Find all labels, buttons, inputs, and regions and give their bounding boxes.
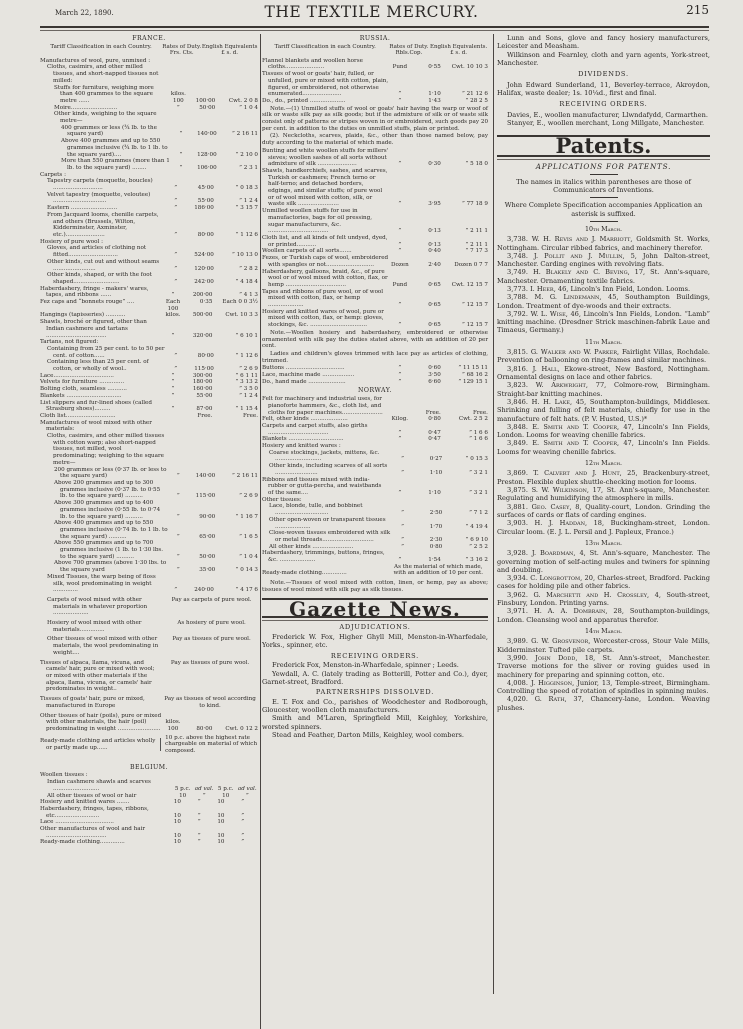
row-pay-as: As hosiery of pure wool. <box>165 620 258 627</box>
table-row: From Jacquard looms, chenille carpets, a… <box>40 212 258 239</box>
russia-note-3: Note.—Woollen hosiery and haberdashery, … <box>262 330 488 350</box>
table-row: Eastern ..........................”186·0… <box>40 205 258 212</box>
row-description-cell: All other kinds ....................... <box>262 544 392 551</box>
table-row: Other manufactures of wool and hair ....… <box>40 826 258 839</box>
row-description: Lace.................................. <box>40 373 162 380</box>
table-row: Close-woven tissues embroidered with sil… <box>262 530 488 543</box>
table-row: Unmilled woollen stuffs for use in manuf… <box>262 208 488 235</box>
row-description: Other open-woven or transparent tissues … <box>269 517 392 530</box>
row-english: Free. <box>443 410 488 417</box>
patent-entry: 3,823. W. Arkwright, 77, Colmore-row, Bi… <box>497 381 710 398</box>
row-description: Haberdashery, fringe - makers' wares, ta… <box>40 286 162 299</box>
table-row: Cloth list............................Fr… <box>40 413 258 420</box>
table-row: Cloths, casimirs, and other milled tissu… <box>40 433 258 467</box>
row-rate: 80·00 <box>186 232 216 239</box>
row-english: ” 21 12 6 <box>443 91 488 98</box>
table-row: Other kinds, weighing to the square metr… <box>40 111 258 124</box>
row-description-cell: Lace ................................. <box>40 819 166 826</box>
russia-note-4: Ladies and children's gloves trimmed wit… <box>262 351 488 364</box>
row-unit: ” <box>392 537 414 544</box>
row-value: 10 <box>210 813 232 820</box>
row-rate: 0·40 <box>411 248 443 255</box>
table-row: Above 200 grammes and up to 300 grammes … <box>40 480 258 500</box>
row-english: ” 3 15 7 <box>216 205 258 212</box>
row-description: From Jacquard looms, chenille carpets, a… <box>47 212 165 239</box>
row-description: Tissues of alpaca, llama, vicuna, and ca… <box>40 660 162 694</box>
row-unit: kilos. 100 <box>162 719 184 732</box>
row-description-cell: Containing less than 25 per cent. of cot… <box>40 359 165 372</box>
patent-applicants: G. Marchetti and H. Crossley, <box>533 591 649 599</box>
patent-number: 3,962. <box>507 591 533 599</box>
row-value: 10 <box>210 839 232 846</box>
right-column: Lunn and Sons, glove and fancy hosiery m… <box>497 34 710 712</box>
patent-entry: 3,849. E. Smith and T. Cooper, 47, Linco… <box>497 439 710 456</box>
patent-entry: 3,881. Geo. Casey, 8, Quality-court, Lon… <box>497 503 710 520</box>
patent-applicants: H. H. Lake, <box>532 398 572 406</box>
patent-number: 3,934. <box>507 574 530 582</box>
row-description-cell: Manufactures of wool mixed with other ma… <box>40 420 162 433</box>
row-english: ” 7 1 2 <box>444 510 488 517</box>
row-english: ” 2 11 1 <box>443 228 488 235</box>
table-row: Coarse stockings, jackets, mittens, &c. … <box>262 450 488 463</box>
row-description: Manufactures of wool, pure, unmixed : <box>40 58 162 65</box>
row-description: Containing less than 25 per cent. of cot… <box>47 359 165 372</box>
row-description: Other manufactures of wool and hair ....… <box>40 826 166 839</box>
table-row: Velvet tapestry (moquette, veloutee) ...… <box>40 192 258 205</box>
row-description: Haberdashery, trimmings, buttons, fringe… <box>262 550 389 563</box>
row-rate: 0·65 <box>411 322 443 329</box>
table-row: Blankets ...............................… <box>262 436 488 443</box>
row-english: ” 1 0 4 <box>217 554 258 561</box>
table-row: Hangings (tapisseries) ...........100 ki… <box>40 306 258 319</box>
row-description-cell: Coarse stockings, jackets, mittens, &c. … <box>262 450 392 463</box>
row-rate: 242·00 <box>186 279 216 286</box>
row-description: Above 200 grammes and up to 300 grammes … <box>54 480 168 500</box>
table-row: Hosiery of wool mixed with other materia… <box>40 620 258 633</box>
patent-applicants: J. Hall, <box>533 365 560 373</box>
table-row: Bolting cloth, seamless ...........”160·… <box>40 386 258 393</box>
table-row: List slippers and fur-lined shoes (calle… <box>40 400 258 413</box>
row-description-cell: Indian cashmere shawls and scarves .....… <box>40 779 172 792</box>
row-description: Stuffs for furniture, weighing more than… <box>54 85 168 105</box>
row-description-cell: Containing from 25 per cent. to to 50 pe… <box>40 346 165 359</box>
table-row: Hosiery and knitted wares of wool, pure … <box>262 309 488 329</box>
row-unit: ” <box>392 544 414 551</box>
row-unit: ” <box>389 557 412 564</box>
row-description-cell: Buttons ................................… <box>262 365 389 372</box>
row-description: Hosiery of wool mixed with other materia… <box>47 620 165 633</box>
row-description-cell: Carpets of wool mixed with other materia… <box>40 597 165 617</box>
patent-entry: 3,816. J. Hall, Ekowe-street, New Basfor… <box>497 365 710 382</box>
row-description-cell: Ribbons and tissues mixed with india-rub… <box>262 477 389 497</box>
patent-applicants: J. Pollit and J. Mullin, <box>534 252 625 260</box>
row-description-cell: Fezes, or Turkish caps of wool, embroide… <box>262 255 389 268</box>
row-english: ” 4 18 4 <box>216 279 258 286</box>
row-description-cell: Shawls, broché or figured, other than In… <box>40 319 162 339</box>
row-value: 10 <box>210 819 232 826</box>
table-row: Haberdashery, galloons, braid, &c., of p… <box>262 269 488 289</box>
patent-date-heading: 13th March. <box>497 540 710 548</box>
table-row: Felt, other kinds .....................K… <box>262 416 488 423</box>
row-description-cell: Manufactures of wool, pure, unmixed : <box>40 58 162 65</box>
row-description: Woollen carpets of all sorts....... <box>262 248 389 255</box>
row-description-cell: Tissues of alpaca, llama, vicuna, and ca… <box>40 660 162 694</box>
row-english: Dozen 0 7 7 <box>443 262 488 269</box>
partnership-entry: Stead and Feather, Darton Mills, Keighle… <box>262 731 488 739</box>
row-pay-as: Pay as carpets of pure wool. <box>165 597 258 604</box>
row-unit: ” <box>168 493 188 500</box>
page-number: 215 <box>686 3 709 17</box>
patent-number: 3,875. <box>507 486 532 494</box>
row-unit: ” <box>162 379 184 386</box>
patent-number: 3,903. <box>507 519 535 527</box>
row-description: More than 550 grammes (more than 1 lb. t… <box>61 158 171 171</box>
row-description: Velvets for furniture .............. <box>40 379 162 386</box>
row-english: ” 1 0 4 <box>217 105 258 112</box>
row-description: Tapestry carpets (moquette, boucles) ...… <box>47 178 165 191</box>
row-description-cell: Eastern .......................... <box>40 205 165 212</box>
row-description: Hosiery and knitted wares of wool, pure … <box>262 309 389 329</box>
row-unit: ” <box>171 131 191 138</box>
patents-intro: Where Complete Specification accompanies… <box>497 201 710 217</box>
patent-entry: 3,846. H. H. Lake, 45, Southampton-build… <box>497 398 710 423</box>
row-description-cell: Haberdashery, fringe - makers' wares, ta… <box>40 286 162 299</box>
row-english: ” 1 12 6 <box>216 353 258 360</box>
row-description-cell: Hosiery of wool mixed with other materia… <box>40 620 165 633</box>
row-description-cell: Other tissues of wool mixed with other m… <box>40 636 165 656</box>
row-english: ” 1 6 6 <box>443 436 488 443</box>
row-rate: 140·00 <box>189 473 218 480</box>
row-unit: ” <box>392 524 414 531</box>
france-pay-rows: Carpets of wool mixed with other materia… <box>40 597 258 710</box>
row-rate: 128·00 <box>191 152 219 159</box>
row-rate: Free. <box>411 410 443 417</box>
patent-entry: 3,749. H. Blakely and C. Beving, 17, St.… <box>497 268 710 285</box>
table-row: Manufactures of wool, pure, unmixed : <box>40 58 258 65</box>
header-english: English Equivalents £ s. d. <box>201 44 258 56</box>
row-description-cell: Above 700 grammes (above 1·30 lbs. to th… <box>40 560 168 573</box>
row-unit: ” <box>389 161 412 168</box>
row-english: Cwt. 12 15 7 <box>443 282 488 289</box>
row-description-cell: Velvets for furniture .............. <box>40 379 162 386</box>
row-rate: 0·80 <box>414 544 445 551</box>
row-unit: ” <box>389 98 412 105</box>
table-row: Lace, blonde, tulle, and bobbinet ......… <box>262 503 488 516</box>
header-classification: Tariff Classification in each Country. <box>262 44 389 56</box>
row-description-cell: Blankets ............................... <box>40 393 162 400</box>
row-description-cell: Hosiery and knitted wares : <box>262 443 389 450</box>
patent-applicants: E. Smith and T. Cooper, <box>532 423 619 431</box>
row-description: Tapes and ribbons of pure wool, or of wo… <box>262 289 389 309</box>
row-english: ” 12 15 7 <box>443 302 488 309</box>
patent-entry: 3,934. C. Longbottom, 20, Charles-street… <box>497 574 710 591</box>
belgium-table: Woollen tissues :Indian cashmere shawls … <box>40 772 258 846</box>
column-divider <box>493 34 494 994</box>
row-description: Above 400 grammes and up to 550 grammes … <box>54 520 168 540</box>
patent-entry: 3,748. J. Pollit and J. Mullin, 5, John … <box>497 252 710 269</box>
row-description-cell: Felt, other kinds ..................... <box>262 416 389 423</box>
row-description-cell: Cloth list, and all kinds of felt undyed… <box>262 235 389 248</box>
row-value: 10 <box>166 839 188 846</box>
table-row: Ready-made clothing and articles wholly … <box>40 735 258 755</box>
patent-number: 3,749. <box>507 268 533 276</box>
receiving-orders-heading: RECEIVING ORDERS. <box>262 653 488 660</box>
row-rate: 186·00 <box>186 205 216 212</box>
row-unit: ” <box>389 490 412 497</box>
row-description-cell: Ready-made clothing.............. <box>40 839 166 846</box>
row-description: Lace, machine made .................. <box>262 372 389 379</box>
belgium-title: BELGIUM. <box>40 765 258 772</box>
row-unit: Pund <box>389 282 412 289</box>
row-rate: 35·00 <box>189 567 218 574</box>
patent-applicants: H. J. Haddan, <box>535 519 588 527</box>
table-row: Haberdashery, fringe - makers' wares, ta… <box>40 286 258 299</box>
partnership-entry: Wilkinson and Fearnley, cloth and yarn a… <box>497 51 710 68</box>
row-description: Above 700 grammes (above 1·30 lbs. to th… <box>54 560 168 573</box>
row-description-cell: Above 400 grammes and up to 550 grammes … <box>40 520 168 540</box>
patent-number: 3,792. <box>507 310 531 318</box>
patent-entry: 3,903. H. J. Haddan, 18, Buckingham-stre… <box>497 519 710 536</box>
patent-entry: 3,990. John Dodd, 18, St. Ann's-street, … <box>497 654 710 679</box>
table-row: Tissues of alpaca, llama, vicuna, and ca… <box>40 660 258 694</box>
row-value: 10 <box>166 799 188 806</box>
patents-heading: Patents. <box>497 142 710 150</box>
table-row: Flannel blankets and woollen horse cloth… <box>262 58 488 71</box>
table-row: Ribbons and tissues mixed with india-rub… <box>262 477 488 497</box>
row-rate: 140·00 <box>191 131 219 138</box>
row-description-cell: Other kinds, shaped, or with the foot sh… <box>40 272 165 285</box>
table-row: Above 400 grammes and up to 550 grammes … <box>40 138 258 158</box>
row-unit: ” <box>165 279 186 286</box>
table-row: Bunting and white woollen stuffs for mil… <box>262 148 488 168</box>
receiving-order-entry: Stanyer, E., woollen merchant, Long Mill… <box>497 119 710 127</box>
newspaper-title: THE TEXTILE MERCURY. <box>0 3 743 21</box>
patent-applicants: H. Blakely and C. Beving, <box>533 268 630 276</box>
middle-column: RUSSIA. Tariff Classification in each Co… <box>262 34 488 739</box>
row-description: Gloves, and articles of clothing not fit… <box>47 245 165 258</box>
row-unit: ” <box>165 587 186 594</box>
row-description-cell: Do., do., printed .................... <box>262 98 389 105</box>
row-description-cell: All other tissues of wool or hair <box>40 793 172 800</box>
row-rate: 55·00 <box>186 198 216 205</box>
row-description-cell: Fez caps and “bonnets rouge” .... <box>40 299 162 306</box>
row-description-cell: Lace.................................. <box>40 373 162 380</box>
row-unit: ” <box>389 430 412 437</box>
russia-table-header: Tariff Classification in each Country. R… <box>262 44 488 56</box>
row-rate: 0·65 <box>411 302 443 309</box>
table-row: Lace .................................10… <box>40 819 258 826</box>
row-english: ” 2 5 2 <box>444 544 488 551</box>
row-description-cell: Haberdashery, fringes, tapes, ribbons, e… <box>40 806 166 819</box>
table-row: Lace..................................”3… <box>40 373 258 380</box>
row-rate: 87·00 <box>184 406 215 413</box>
adjudication-entry: Frederick W. Fox, Higher Ghyll Mill, Men… <box>262 633 488 650</box>
table-row: Velvets for furniture ..............”180… <box>40 379 258 386</box>
short-rule <box>590 197 618 198</box>
row-description: Felt for machinery and industrial uses, … <box>262 396 389 416</box>
row-rate: 115·00 <box>186 366 216 373</box>
row-description-cell: Cloths, casimirs, and other milled tissu… <box>40 433 165 467</box>
table-row: Tartans, not figured: <box>40 339 258 346</box>
header-rates: Rates of Duty. Frs. Cts. <box>162 44 201 56</box>
row-description: Shawls, handkerchiefs, sashes, and scarv… <box>262 168 389 208</box>
row-description: Tartans, not figured: <box>40 339 162 346</box>
patent-applicants: Geo. Casey, <box>532 503 572 511</box>
row-english: ” 77 18 9 <box>443 201 488 208</box>
russia-note-2: (2). Neckcloths, scarves, plaids, &c., o… <box>262 133 488 146</box>
patent-applicants: G. Rath, <box>535 695 567 703</box>
row-english: ” 2 11 1 <box>443 242 488 249</box>
patent-number: 4,020. <box>507 695 535 703</box>
table-row: Other tissues of hair (poils), pure or m… <box>40 713 258 733</box>
row-description: Woollen tissues : <box>40 772 166 779</box>
table-row: Carpets and carpet stuffs, also girths .… <box>262 423 488 436</box>
row-description: Haberdashery, fringes, tapes, ribbons, e… <box>40 806 166 819</box>
table-row: All other tissues of wool or hair10”10” <box>40 793 258 800</box>
row-value: 10 <box>210 799 232 806</box>
patent-applicants: W. L. Wise, <box>531 310 568 318</box>
row-description-cell: Hosiery and knitted wares of wool, pure … <box>262 309 389 329</box>
patent-number: 4,008. <box>507 679 531 687</box>
row-description: Eastern .......................... <box>47 205 165 212</box>
table-row: Woollen carpets of all sorts.......”0·40… <box>262 248 488 255</box>
adjudications-heading: ADJUDICATIONS. <box>262 624 488 631</box>
patent-number: 3,928. <box>507 549 532 557</box>
row-description-cell: Cloth list............................ <box>40 413 162 420</box>
row-english: ” 68 16 2 <box>443 372 488 379</box>
row-value: 10 <box>210 833 232 840</box>
patent-date-heading: 11th March. <box>497 339 710 347</box>
patent-applicants: J. Higginson, <box>531 679 574 687</box>
row-rate: 180·00 <box>184 379 215 386</box>
row-description: Other tissues of hair (poils), pure or m… <box>40 713 162 733</box>
patent-applicants: W. Arkwright, <box>536 381 588 389</box>
row-description-cell: Hosiery and knitted wares ....... <box>40 799 166 806</box>
patent-number: 3,990. <box>507 654 535 662</box>
row-description: List slippers and fur-lined shoes (calle… <box>40 400 162 413</box>
table-row: Moire..........................”50·00” 1… <box>40 105 258 112</box>
row-unit: ” <box>392 470 414 477</box>
row-description: Hosiery and knitted wares : <box>262 443 389 450</box>
row-description-cell: Bunting and white woollen stuffs for mil… <box>262 148 389 168</box>
row-value: 5 p.c. <box>172 786 194 793</box>
partnerships-heading: PARTNERSHIPS DISSOLVED. <box>262 689 488 696</box>
row-description: Ready-made clothing and articles wholly … <box>40 738 158 751</box>
row-description: Above 300 grammes and up to 400 grammes … <box>54 500 168 520</box>
row-pay-as: As the material of which made, with an a… <box>389 564 488 577</box>
france-table-header: Tariff Classification in each Country. R… <box>40 44 258 56</box>
patent-applicants: W. H. Revis and J. Marriott, <box>532 235 633 243</box>
receiving-order-entry: Yewdall, A. C. (lately trading as Botter… <box>262 670 488 687</box>
table-row: Containing less than 25 per cent. of cot… <box>40 359 258 372</box>
row-unit: ” <box>168 534 188 541</box>
row-unit: ” <box>162 373 184 380</box>
row-rate: 320·00 <box>184 333 215 340</box>
row-description: Tissues of wool or goats' hair, fulled, … <box>262 71 389 98</box>
row-english: ” 3 13 2 <box>214 379 258 386</box>
row-description-cell: Shawls, handkerchiefs, sashes, and scarv… <box>262 168 389 208</box>
row-english: ” 2 8 2 <box>216 266 258 273</box>
row-value: 5 p.c. <box>215 786 237 793</box>
row-description: Ready-made clothing.............. <box>262 570 389 577</box>
table-row: Indian cashmere shawls and scarves .....… <box>40 779 258 792</box>
row-rate: 0·13 <box>411 242 443 249</box>
row-description: Cloth list............................ <box>40 413 162 420</box>
row-rate: 3·95 <box>411 201 443 208</box>
row-description-cell: Above 200 grammes and up to 300 grammes … <box>40 480 168 500</box>
row-unit: ” <box>171 152 191 159</box>
row-description-cell: Gloves, and articles of clothing not fit… <box>40 245 165 258</box>
row-rate: 200·00 <box>184 292 215 299</box>
row-description: Blankets ............................... <box>40 393 162 400</box>
row-description-cell: Tapestry carpets (moquette, boucles) ...… <box>40 178 165 191</box>
table-row: Tapes and ribbons of pure wool, or of wo… <box>262 289 488 309</box>
row-description-cell: Other kinds, including scarves of all so… <box>262 463 392 476</box>
row-unit: ” <box>165 366 186 373</box>
row-rate: 2·50 <box>414 510 445 517</box>
row-description: Hosiery and knitted wares ....... <box>40 799 166 806</box>
row-description-cell: Flannel blankets and woollen horse cloth… <box>262 58 389 71</box>
row-english: ” 6 9 10 <box>444 537 488 544</box>
row-rate: 0·65 <box>411 282 443 289</box>
partnership-entry: E. T. Fox and Co., parishes of Woodchest… <box>262 698 488 715</box>
france-title: FRANCE. <box>40 36 258 43</box>
header-rates: Rates of Duty. Rbls.Cop. <box>389 44 430 56</box>
row-rate: 45·00 <box>186 185 216 192</box>
row-unit: ” <box>389 248 412 255</box>
patent-entry: 3,971. H. A. A. Dombrain, 28, Southampto… <box>497 607 710 624</box>
row-description-cell: Above 550 grammes and up to 700 grammes … <box>40 540 168 560</box>
row-description-cell: Unmilled woollen stuffs for use in manuf… <box>262 208 389 235</box>
row-description: Blankets ............................... <box>262 436 389 443</box>
row-unit: ” <box>389 91 412 98</box>
table-row: Lace, machine made ..................”3·… <box>262 372 488 379</box>
row-description: Ready-made clothing.............. <box>40 839 166 846</box>
row-unit: ” <box>168 473 188 480</box>
row-english: Cwt. 0 12 2 <box>214 726 258 733</box>
patent-entry: 3,989. G. W. Grosvenor, Worcester-cross,… <box>497 637 710 654</box>
patent-applicants: E. Smith and T. Cooper, <box>532 439 619 447</box>
row-unit: ad val. <box>193 786 215 793</box>
row-unit: ” <box>232 839 254 846</box>
table-row: Fezes, or Turkish caps of wool, embroide… <box>262 255 488 268</box>
row-rate: 2·30 <box>414 537 445 544</box>
row-unit: ” <box>165 185 186 192</box>
row-rate: 0·13 <box>411 228 443 235</box>
table-row: Hosiery and knitted wares : <box>262 443 488 450</box>
row-rate: 0·55 <box>411 64 443 71</box>
row-description: Containing from 25 per cent. to to 50 pe… <box>47 346 165 359</box>
row-rate: 50·00 <box>189 105 218 112</box>
row-description-cell: Blankets ............................... <box>262 436 389 443</box>
row-rate: 0·47 <box>411 430 443 437</box>
row-description: Manufactures of wool mixed with other ma… <box>40 420 162 433</box>
row-rate: 524·00 <box>186 252 216 259</box>
row-description: Close-woven tissues embroidered with sil… <box>269 530 392 543</box>
patent-applicants: G. W. Grosvenor, <box>531 637 590 645</box>
row-unit: ” <box>188 813 210 820</box>
header-rule <box>40 26 709 28</box>
row-description-cell: More than 550 grammes (more than 1 lb. t… <box>40 158 171 171</box>
patent-applicants: G. Walker and W. Parker, <box>531 348 619 356</box>
patent-date-heading: 14th March. <box>497 628 710 636</box>
row-pay-as: Pay as tissues of wool according to kind… <box>162 696 258 709</box>
norway-note: Note.—Tissues of wool mixed with cotton,… <box>262 580 488 593</box>
row-description-cell: Tapes and ribbons of pure wool, or of wo… <box>262 289 389 309</box>
patent-number: 3,816. <box>507 365 533 373</box>
row-description: Tissues of goats' hair, pure or mixed, m… <box>40 696 162 709</box>
row-english: Each 0 0 3½ <box>214 299 258 306</box>
